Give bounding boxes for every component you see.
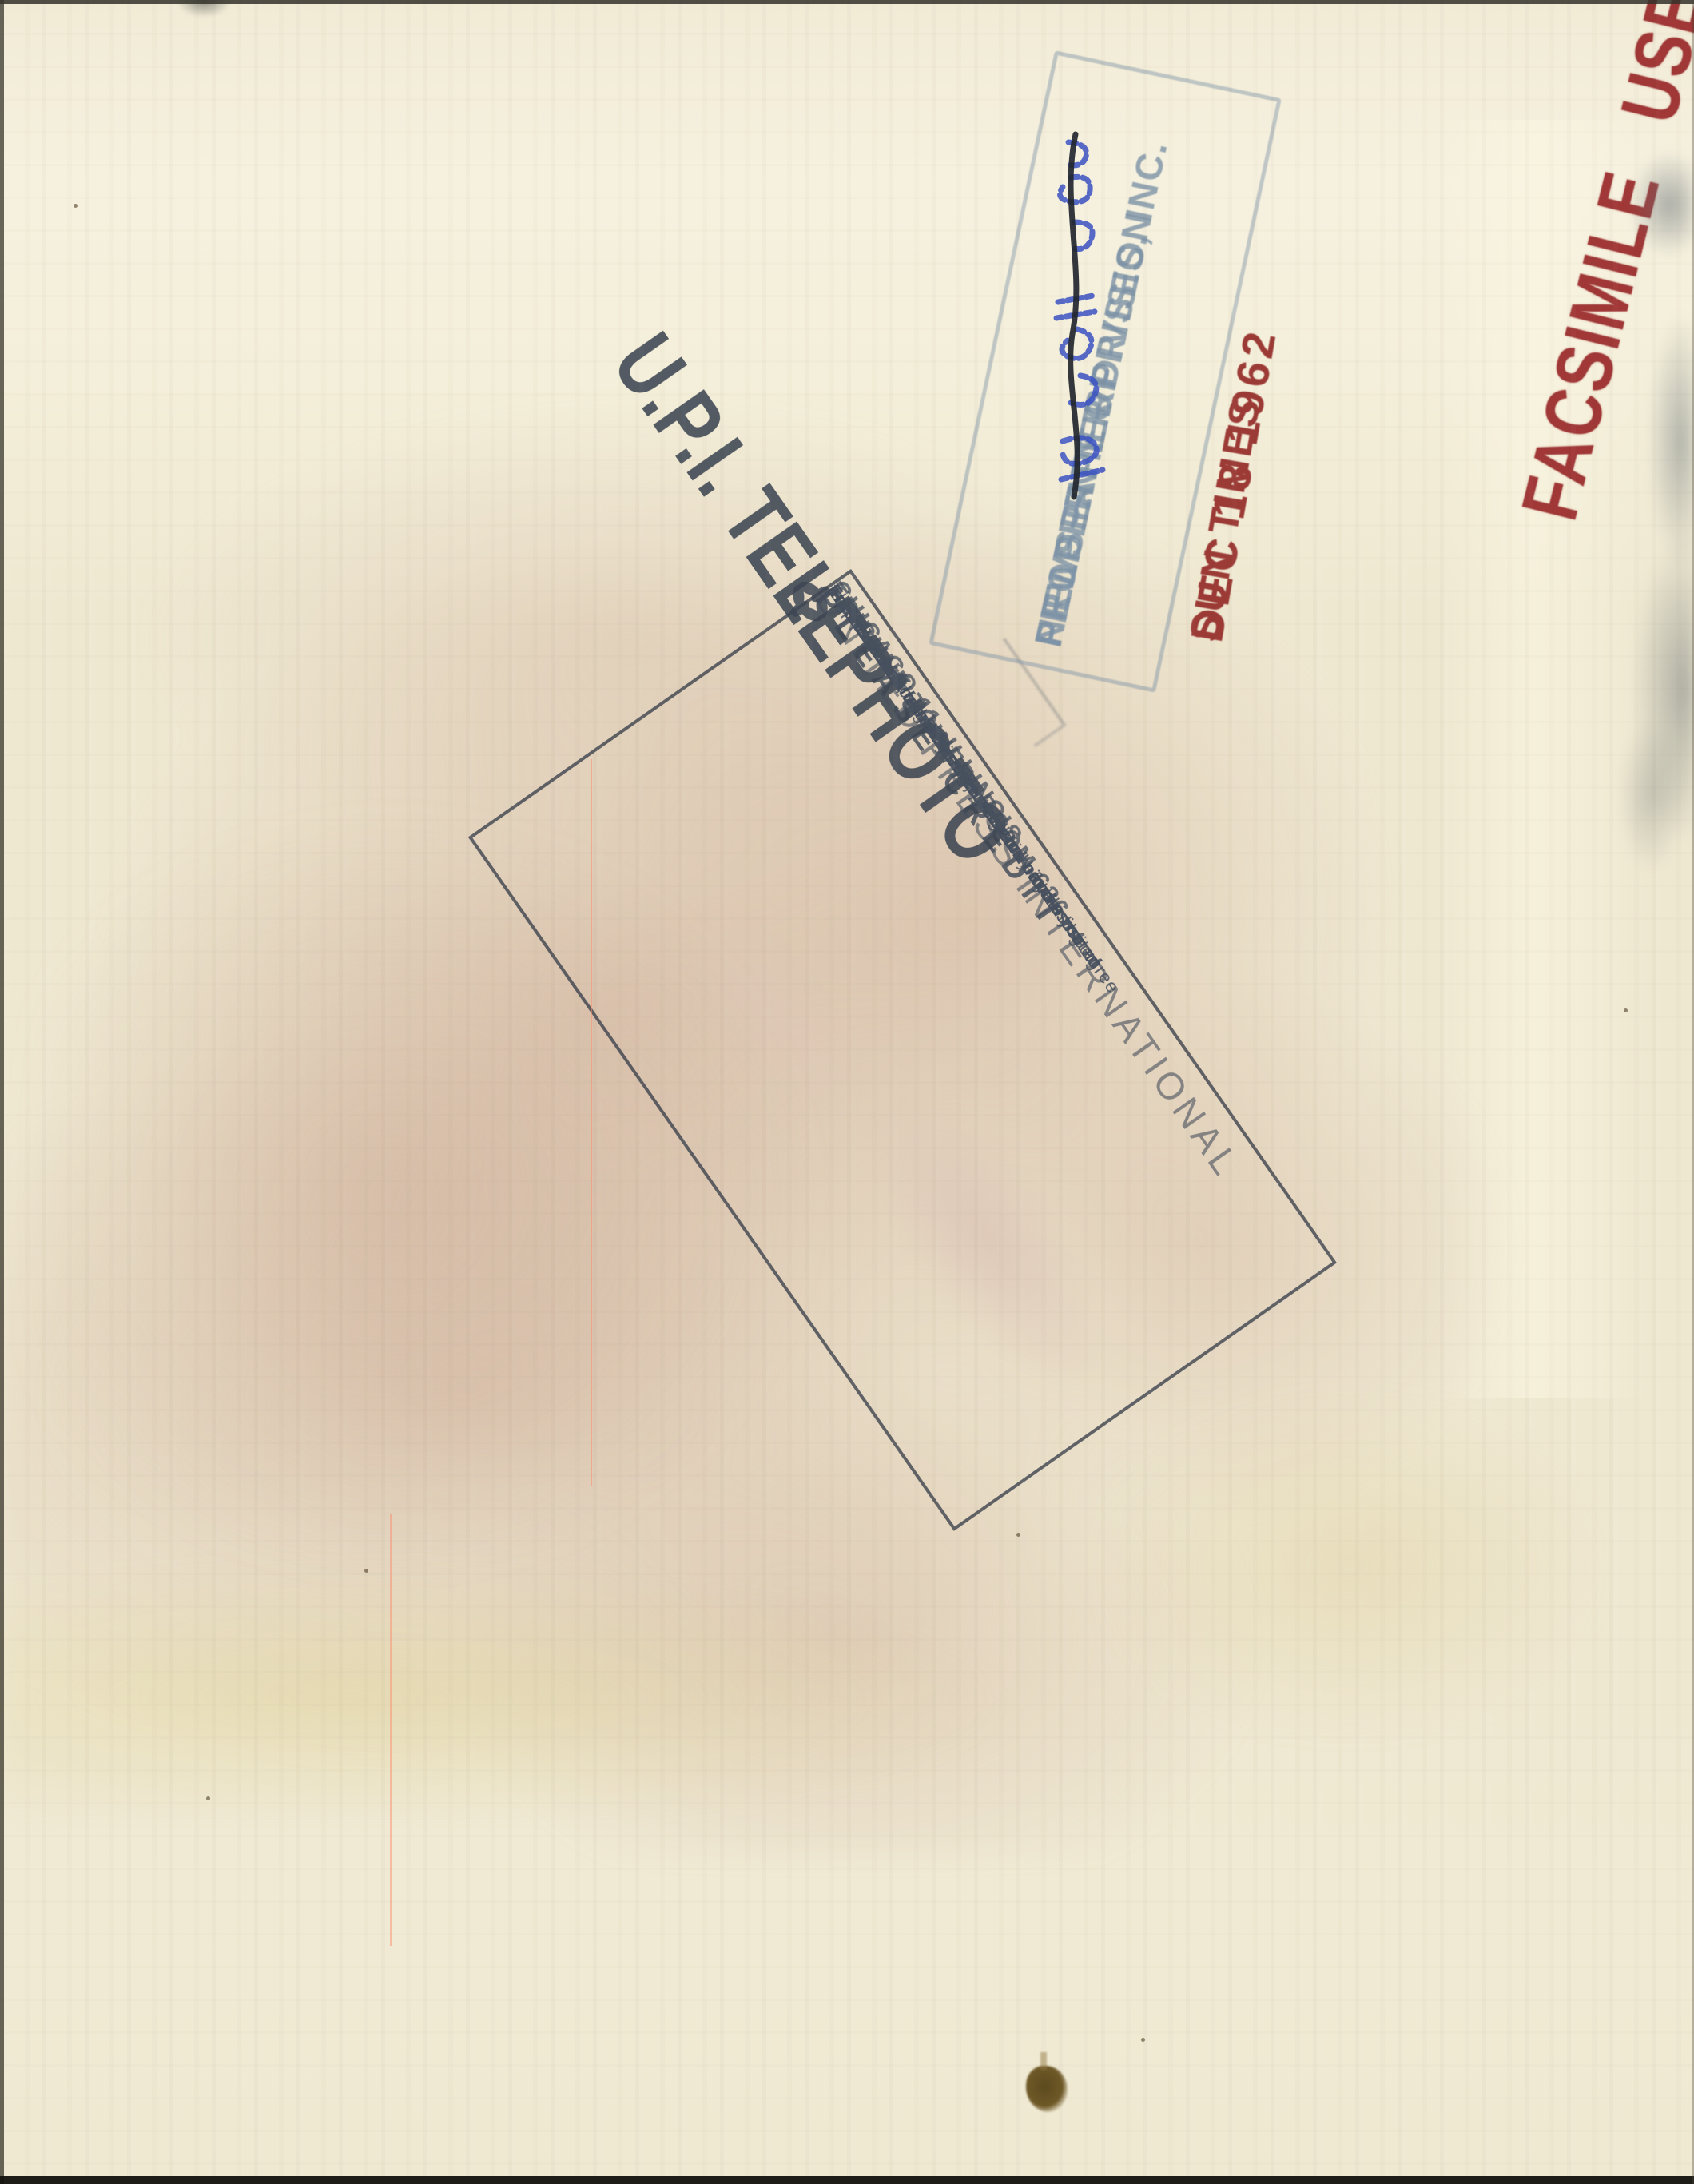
brown-stain-spot [1026, 2066, 1068, 2112]
faded-ink-patch [829, 1055, 1140, 1417]
crossed-out-handwriting [1024, 128, 1136, 511]
scan-edge-top [0, 0, 1694, 4]
brown-stain-tail [1040, 2052, 1047, 2070]
paper-speck [74, 204, 78, 208]
press-photo-verso: PROPERTY OF NEWSPAPER DIVISION FIELD ENT… [0, 0, 1694, 2184]
emulsion-scratch-line [591, 759, 592, 1486]
grey-ink-smudge [1582, 120, 1694, 887]
paper-speck [364, 1569, 368, 1573]
paper-speck [1016, 1533, 1020, 1537]
paper-speck [1624, 1008, 1628, 1012]
emulsion-scratch-line [390, 1514, 392, 1946]
yellow-stain-halo [1103, 1398, 1598, 1734]
yellow-stain-halo [0, 1566, 999, 1806]
paper-speck [1141, 2038, 1145, 2042]
faded-ink-patch [659, 881, 891, 1151]
scan-edge-left [0, 0, 4, 2184]
scan-edge-bottom [0, 2176, 1694, 2184]
paper-speck [206, 1796, 210, 1800]
